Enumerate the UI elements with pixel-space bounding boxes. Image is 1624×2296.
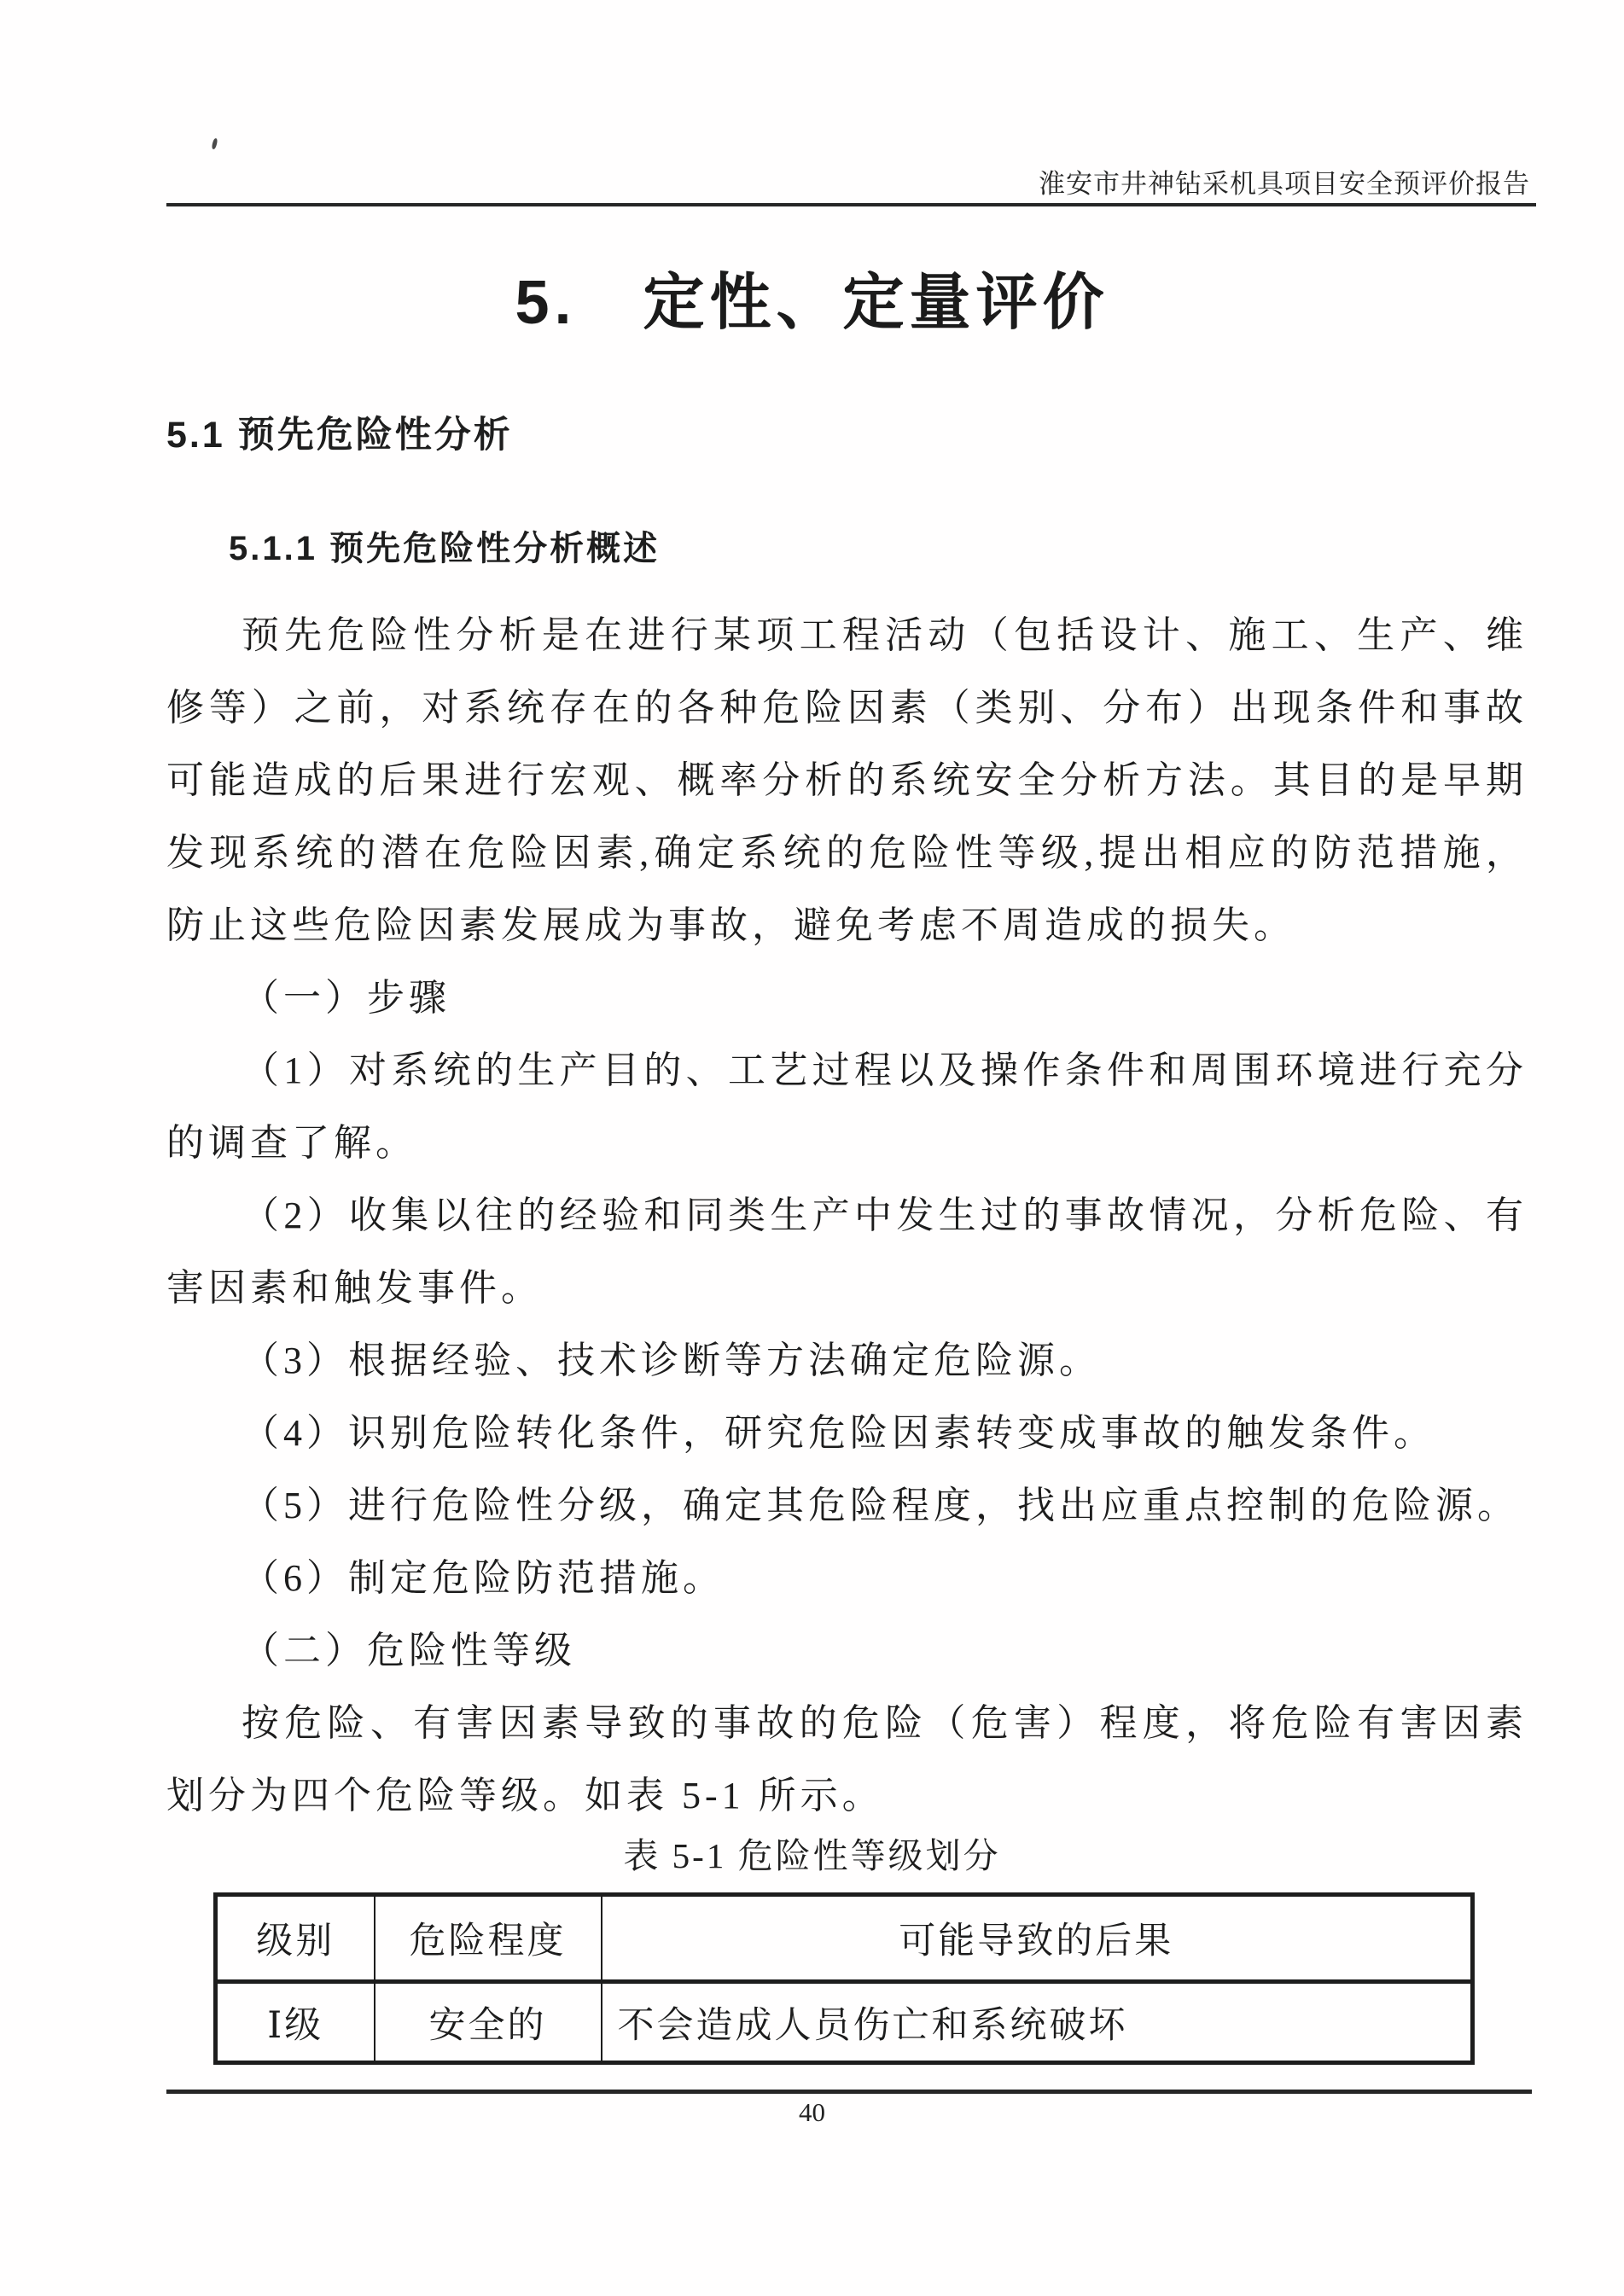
paragraph-intro: 预先危险性分析是在进行某项工程活动（包括设计、施工、生产、维修等）之前，对系统存… [166,599,1528,962]
cell-level: Ⅰ级 [216,1982,375,2063]
section-heading-5-1: 5.1 预先危险性分析 [166,406,513,458]
body-text: 预先危险性分析是在进行某项工程活动（包括设计、施工、生产、维修等）之前，对系统存… [166,599,1528,1832]
running-header-title: 淮安市井神钻采机具项目安全预评价报告 [1039,162,1530,201]
cell-consequence: 不会造成人员伤亡和系统破坏 [602,1982,1473,2063]
scan-artifact-mark [212,138,218,150]
paragraph-steps-heading: （一）步骤 [166,962,1528,1034]
paragraph-step-4: （4）识别危险转化条件，研究危险因素转变成事故的触发条件。 [166,1397,1528,1469]
header-rule [166,203,1536,206]
footer-rule [166,2090,1532,2094]
table-row: Ⅰ级 安全的 不会造成人员伤亡和系统破坏 [216,1982,1473,2063]
paragraph-step-3: （3）根据经验、技术诊断等方法确定危险源。 [166,1324,1528,1397]
page-title: 5. 定性、定量评价 [0,253,1624,341]
table-header-row: 级别 危险程度 可能导致的后果 [216,1895,1473,1982]
document-page: 淮安市井神钻采机具项目安全预评价报告 5. 定性、定量评价 5.1 预先危险性分… [0,0,1624,2296]
paragraph-levels-intro: 按危险、有害因素导致的事故的危险（危害）程度，将危险有害因素划分为四个危险等级。… [166,1687,1528,1832]
cell-degree: 安全的 [375,1982,602,2063]
paragraph-step-2: （2）收集以往的经验和同类生产中发生过的事故情况，分析危险、有害因素和触发事件。 [166,1179,1528,1324]
paragraph-step-6: （6）制定危险防范措施。 [166,1542,1528,1614]
table-caption: 表 5-1 危险性等级划分 [0,1828,1624,1878]
page-number: 40 [0,2097,1624,2128]
column-header-consequence: 可能导致的后果 [602,1895,1473,1982]
risk-level-table: 级别 危险程度 可能导致的后果 Ⅰ级 安全的 不会造成人员伤亡和系统破坏 [213,1892,1475,2065]
paragraph-levels-heading: （二）危险性等级 [166,1614,1528,1687]
column-header-degree: 危险程度 [375,1895,602,1982]
paragraph-step-5: （5）进行危险性分级，确定其危险程度，找出应重点控制的危险源。 [166,1469,1528,1542]
section-heading-5-1-1: 5.1.1 预先危险性分析概述 [229,521,660,570]
column-header-level: 级别 [216,1895,375,1982]
paragraph-step-1: （1）对系统的生产目的、工艺过程以及操作条件和周围环境进行充分的调查了解。 [166,1034,1528,1179]
